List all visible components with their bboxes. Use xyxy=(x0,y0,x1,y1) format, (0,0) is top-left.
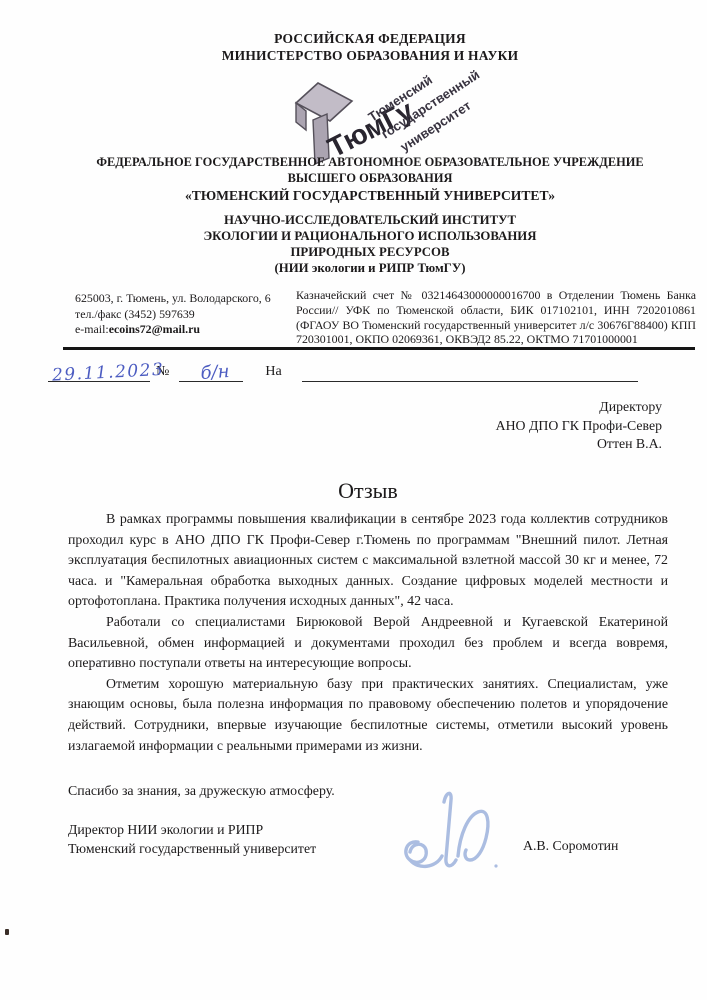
signer-position-line1: Директор НИИ экологии и РИПР xyxy=(68,820,316,839)
recipient-title: Директору xyxy=(496,398,662,417)
letterhead-divider xyxy=(63,347,695,350)
org-line1: ФЕДЕРАЛЬНОЕ ГОСУДАРСТВЕННОЕ АВТОНОМНОЕ О… xyxy=(40,154,700,170)
recipient-org: АНО ДПО ГК Профи-Север xyxy=(496,417,662,436)
org-name-block: ФЕДЕРАЛЬНОЕ ГОСУДАРСТВЕННОЕ АВТОНОМНОЕ О… xyxy=(40,154,700,205)
paragraph-2: Работали со специалистами Бирюковой Веро… xyxy=(68,613,668,675)
signer-position-line2: Тюменский государственный университет xyxy=(68,839,316,858)
scanned-letter-page: РОССИЙСКАЯ ФЕДЕРАЦИЯ МИНИСТЕРСТВО ОБРАЗО… xyxy=(0,0,707,1000)
handwritten-number: б/н xyxy=(183,360,248,385)
country-line: РОССИЙСКАЯ ФЕДЕРАЦИЯ xyxy=(40,30,700,47)
recipient-block: Директору АНО ДПО ГК Профи-Север Оттен В… xyxy=(496,398,662,454)
org-line3: «ТЮМЕНСКИЙ ГОСУДАРСТВЕННЫЙ УНИВЕРСИТЕТ» xyxy=(40,187,700,205)
thanks-line: Спасибо за знания, за дружескую атмосфер… xyxy=(68,782,668,803)
email-value: ecoins72@mail.ru xyxy=(109,322,200,336)
date-field: 29.11.2023 xyxy=(48,357,150,382)
recipient-name: Оттен В.А. xyxy=(496,435,662,454)
bank-details: Казначейский счет № 03214643000000016700… xyxy=(296,288,696,347)
letter-body: Отзыв В рамках программы повышения квали… xyxy=(68,478,668,803)
institute-block: НАУЧНО-ИССЛЕДОВАТЕЛЬСКИЙ ИНСТИТУТ ЭКОЛОГ… xyxy=(40,212,700,276)
signature-ink-icon xyxy=(392,780,510,888)
institute-line3: ПРИРОДНЫХ РЕСУРСОВ xyxy=(40,244,700,260)
reply-to-field xyxy=(302,357,638,382)
institute-line2: ЭКОЛОГИИ И РАЦИОНАЛЬНОГО ИСПОЛЬЗОВАНИЯ xyxy=(40,228,700,244)
ministry-header: РОССИЙСКАЯ ФЕДЕРАЦИЯ МИНИСТЕРСТВО ОБРАЗО… xyxy=(40,30,700,64)
contact-email-line: e-mail:ecoins72@mail.ru xyxy=(75,322,300,338)
signer-position-block: Директор НИИ экологии и РИПР Тюменский г… xyxy=(68,820,316,858)
reference-line: 29.11.2023 № б/н На xyxy=(48,357,638,387)
institute-line4: (НИИ экологии и РИПР ТюмГУ) xyxy=(40,260,700,276)
tyumgu-logo-icon: ТюмГу Тюменский государственный универси… xyxy=(282,70,522,166)
handwritten-date: 29.11.2023 xyxy=(52,360,155,385)
ministry-line: МИНИСТЕРСТВО ОБРАЗОВАНИЯ И НАУКИ xyxy=(40,47,700,64)
paragraph-3: Отметим хорошую материальную базу при пр… xyxy=(68,675,668,757)
contact-phone: тел./факс (3452) 597639 xyxy=(75,307,300,323)
email-label: e-mail: xyxy=(75,322,109,336)
signer-name: А.В. Соромотин xyxy=(523,838,618,854)
university-logo: ТюмГу Тюменский государственный универси… xyxy=(282,70,522,166)
scan-speck xyxy=(5,929,9,935)
org-line2: ВЫСШЕГО ОБРАЗОВАНИЯ xyxy=(40,170,700,186)
handwritten-signature xyxy=(392,780,510,893)
reply-to-label: На xyxy=(259,364,283,382)
contact-block: 625003, г. Тюмень, ул. Володарского, 6 т… xyxy=(75,291,300,338)
institute-line1: НАУЧНО-ИССЛЕДОВАТЕЛЬСКИЙ ИНСТИТУТ xyxy=(40,212,700,228)
number-field: б/н xyxy=(179,357,243,382)
paragraph-1: В рамках программы повышения квалификаци… xyxy=(68,510,668,613)
contact-address: 625003, г. Тюмень, ул. Володарского, 6 xyxy=(75,291,300,307)
letter-title: Отзыв xyxy=(68,478,668,504)
